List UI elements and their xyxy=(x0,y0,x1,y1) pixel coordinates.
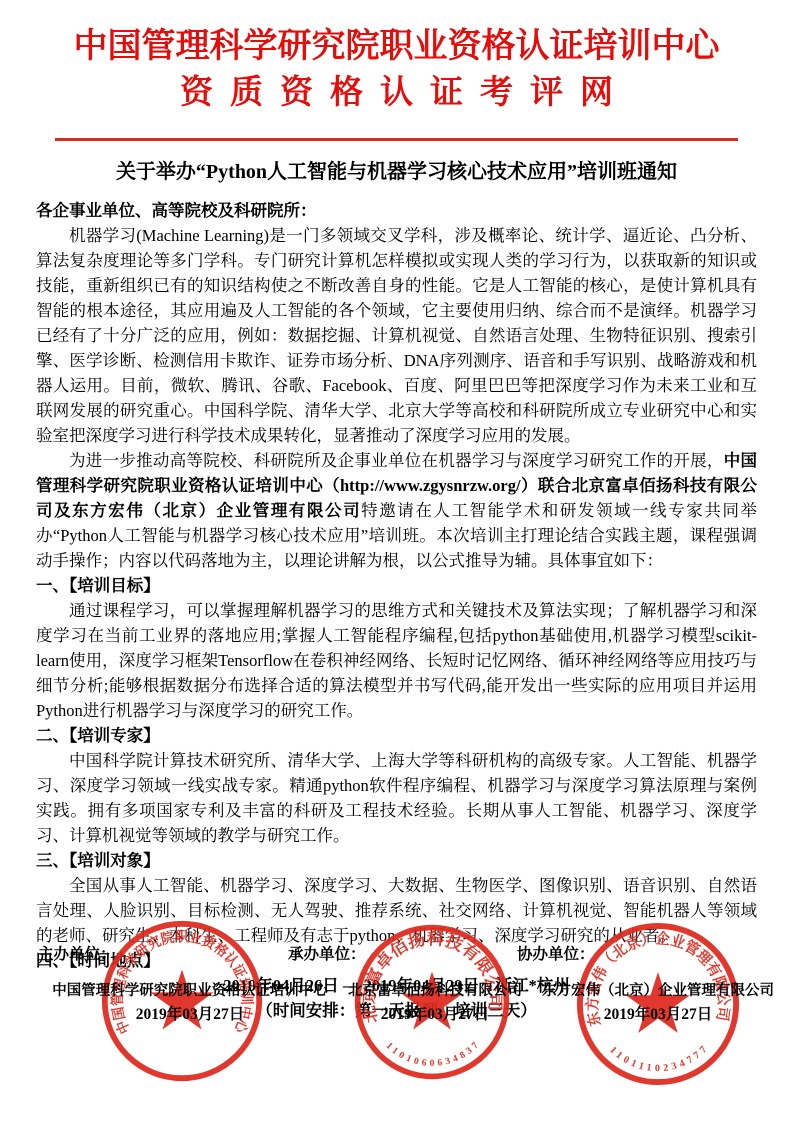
document-page: 中国管理科学研究院职业资格认证培训中心 资质资格认证考评网 关于举办“Pytho… xyxy=(0,0,793,1122)
section-2-body: 中国科学院计算技术研究所、清华大学、上海大学等科研机构的高级专家。人工智能、机器… xyxy=(36,748,757,848)
intro-paragraph-2: 为进一步推动高等院校、科研院所及企事业单位在机器学习与深度学习研究工作的开展，中… xyxy=(36,448,757,573)
section-3-heading: 三、【培训对象】 xyxy=(36,848,757,873)
host-signature: 中国管理科学研究院职业资格认证培训中心 2019年03月27日 xyxy=(28,981,352,1025)
host-sign-date: 2019年03月27日 xyxy=(28,1005,352,1025)
section-2-heading: 二、【培训专家】 xyxy=(36,723,757,748)
org-title: 中国管理科学研究院职业资格认证培训中心 xyxy=(0,24,793,70)
organizer-sign-date: 2019年03月27日 xyxy=(344,1005,526,1025)
site-title: 资质资格认证考评网 xyxy=(0,70,793,116)
notice-body: 各企事业单位、高等院校及科研院所： 机器学习(Machine Learning)… xyxy=(0,198,793,1023)
host-role-label: 主办单位： xyxy=(38,942,116,964)
header-divider xyxy=(55,138,738,141)
organizer-name: 北京富卓佰扬科技有限公司 xyxy=(344,981,526,1001)
coorganizer-sign-date: 2019年03月27日 xyxy=(534,1005,782,1025)
section-1-heading: 一、【培训目标】 xyxy=(36,573,757,598)
notice-title: 关于举办“Python人工智能与机器学习核心技术应用”培训班通知 xyxy=(0,159,793,185)
coorganizer-name: 东方宏伟（北京）企业管理有限公司 xyxy=(534,981,782,1001)
signature-block: 中国管理科学研究院职业资格认证培训中心 北京富卓佰扬科技有限公司 1101060… xyxy=(0,918,793,1122)
stamp-number: 1101110234777 xyxy=(607,1044,709,1074)
coorganizer-signature: 东方宏伟（北京）企业管理有限公司 2019年03月27日 xyxy=(534,981,782,1025)
organizer-role-label: 承办单位： xyxy=(288,942,366,964)
intro-paragraph-1: 机器学习(Machine Learning)是一门多领域交叉学科，涉及概率论、统… xyxy=(36,223,757,448)
organizer-signature: 北京富卓佰扬科技有限公司 2019年03月27日 xyxy=(344,981,526,1025)
host-name: 中国管理科学研究院职业资格认证培训中心 xyxy=(28,981,352,1001)
section-1-body: 通过课程学习，可以掌握理解机器学习的思维方式和关键技术及算法实现；了解机器学习和… xyxy=(36,598,757,723)
stamp-number: 1101060634837 xyxy=(384,1040,481,1069)
coorganizer-role-label: 协办单位： xyxy=(517,942,595,964)
salutation: 各企事业单位、高等院校及科研院所： xyxy=(36,198,757,223)
intro-p2-pre: 为进一步推动高等院校、科研院所及企事业单位在机器学习与深度学习研究工作的开展， xyxy=(69,451,724,470)
